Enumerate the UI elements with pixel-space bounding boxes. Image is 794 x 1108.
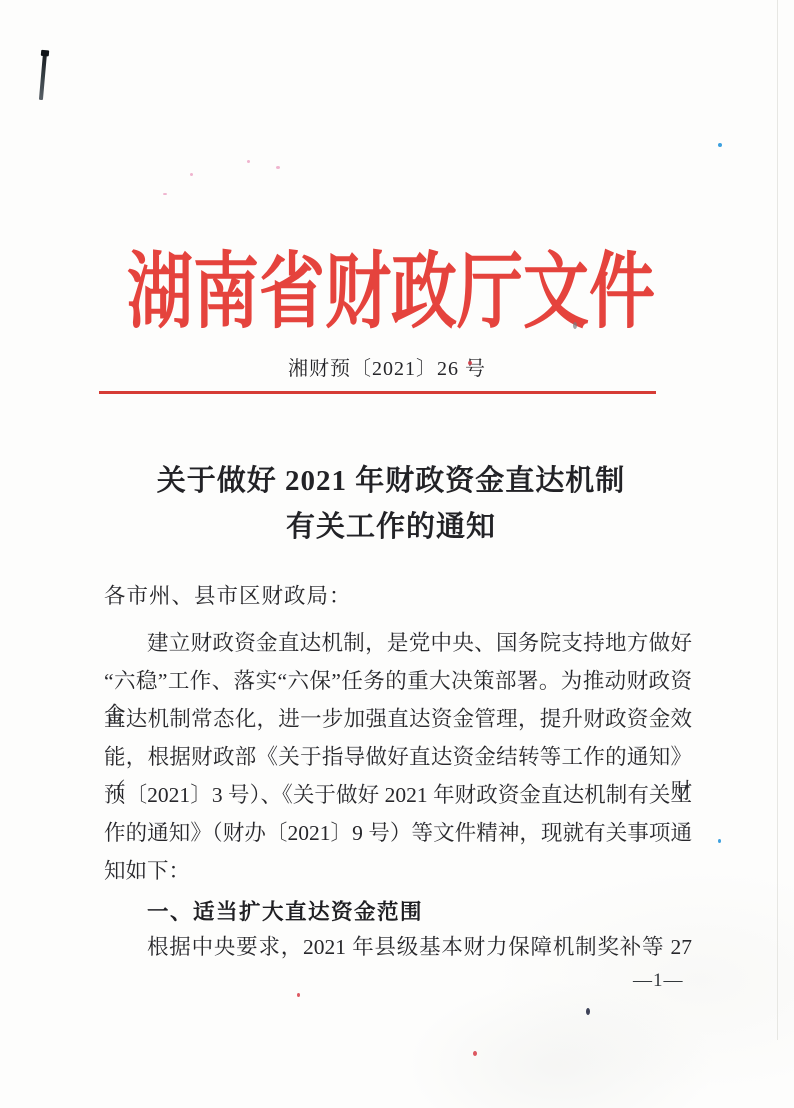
- scan-speckle: [718, 839, 721, 843]
- body-line: 预〔2021〕3 号）、《关于做好 2021 年财政资金直达机制有关工: [104, 778, 692, 816]
- body-line: “六稳”工作、落实“六保”任务的重大决策部署。为推动财政资金: [104, 664, 692, 702]
- page-number: —1—: [633, 970, 684, 992]
- body-line: 知如下：: [104, 854, 692, 892]
- body-line: 建立财政资金直达机制，是党中央、国务院支持地方做好: [104, 626, 692, 664]
- letterhead-title: 湖南省财政厅文件: [0, 224, 788, 344]
- scan-speckle: [586, 1008, 590, 1015]
- doc-title-line1: 关于做好 2021 年财政资金直达机制: [0, 458, 788, 504]
- red-separator-line: [99, 391, 656, 394]
- body-line: 作的通知》（财办〔2021〕9 号）等文件精神，现就有关事项通: [104, 816, 692, 854]
- body-line: 直达机制常态化，进一步加强直达资金管理，提升财政资金效: [104, 702, 692, 740]
- salutation: 各市州、县市区财政局：: [104, 579, 704, 610]
- section-heading: 一、适当扩大直达资金范围: [147, 895, 692, 926]
- doc-title: 关于做好 2021 年财政资金直达机制 有关工作的通知: [0, 458, 788, 550]
- scan-speckle: [190, 173, 193, 176]
- scan-speckle: [276, 166, 280, 169]
- scan-speckle: [247, 160, 250, 163]
- doc-number: 湘财预〔2021〕26 号: [0, 352, 784, 381]
- scan-speckle: [473, 1051, 477, 1056]
- scan-speckle: [468, 361, 472, 365]
- doc-title-line2: 有关工作的通知: [0, 504, 788, 550]
- body-line: 能，根据财政部《关于指导做好直达资金结转等工作的通知》（财: [104, 740, 692, 778]
- scan-speckle: [163, 193, 167, 195]
- pen-mark-artifact: [39, 52, 47, 100]
- scan-speckle: [297, 993, 300, 997]
- scanned-document-page: 湖南省财政厅文件 湘财预〔2021〕26 号 关于做好 2021 年财政资金直达…: [0, 0, 794, 1108]
- scan-speckle: [718, 143, 722, 147]
- body-line: 根据中央要求，2021 年县级基本财力保障机制奖补等 27: [104, 930, 692, 968]
- scan-speckle: [573, 322, 577, 329]
